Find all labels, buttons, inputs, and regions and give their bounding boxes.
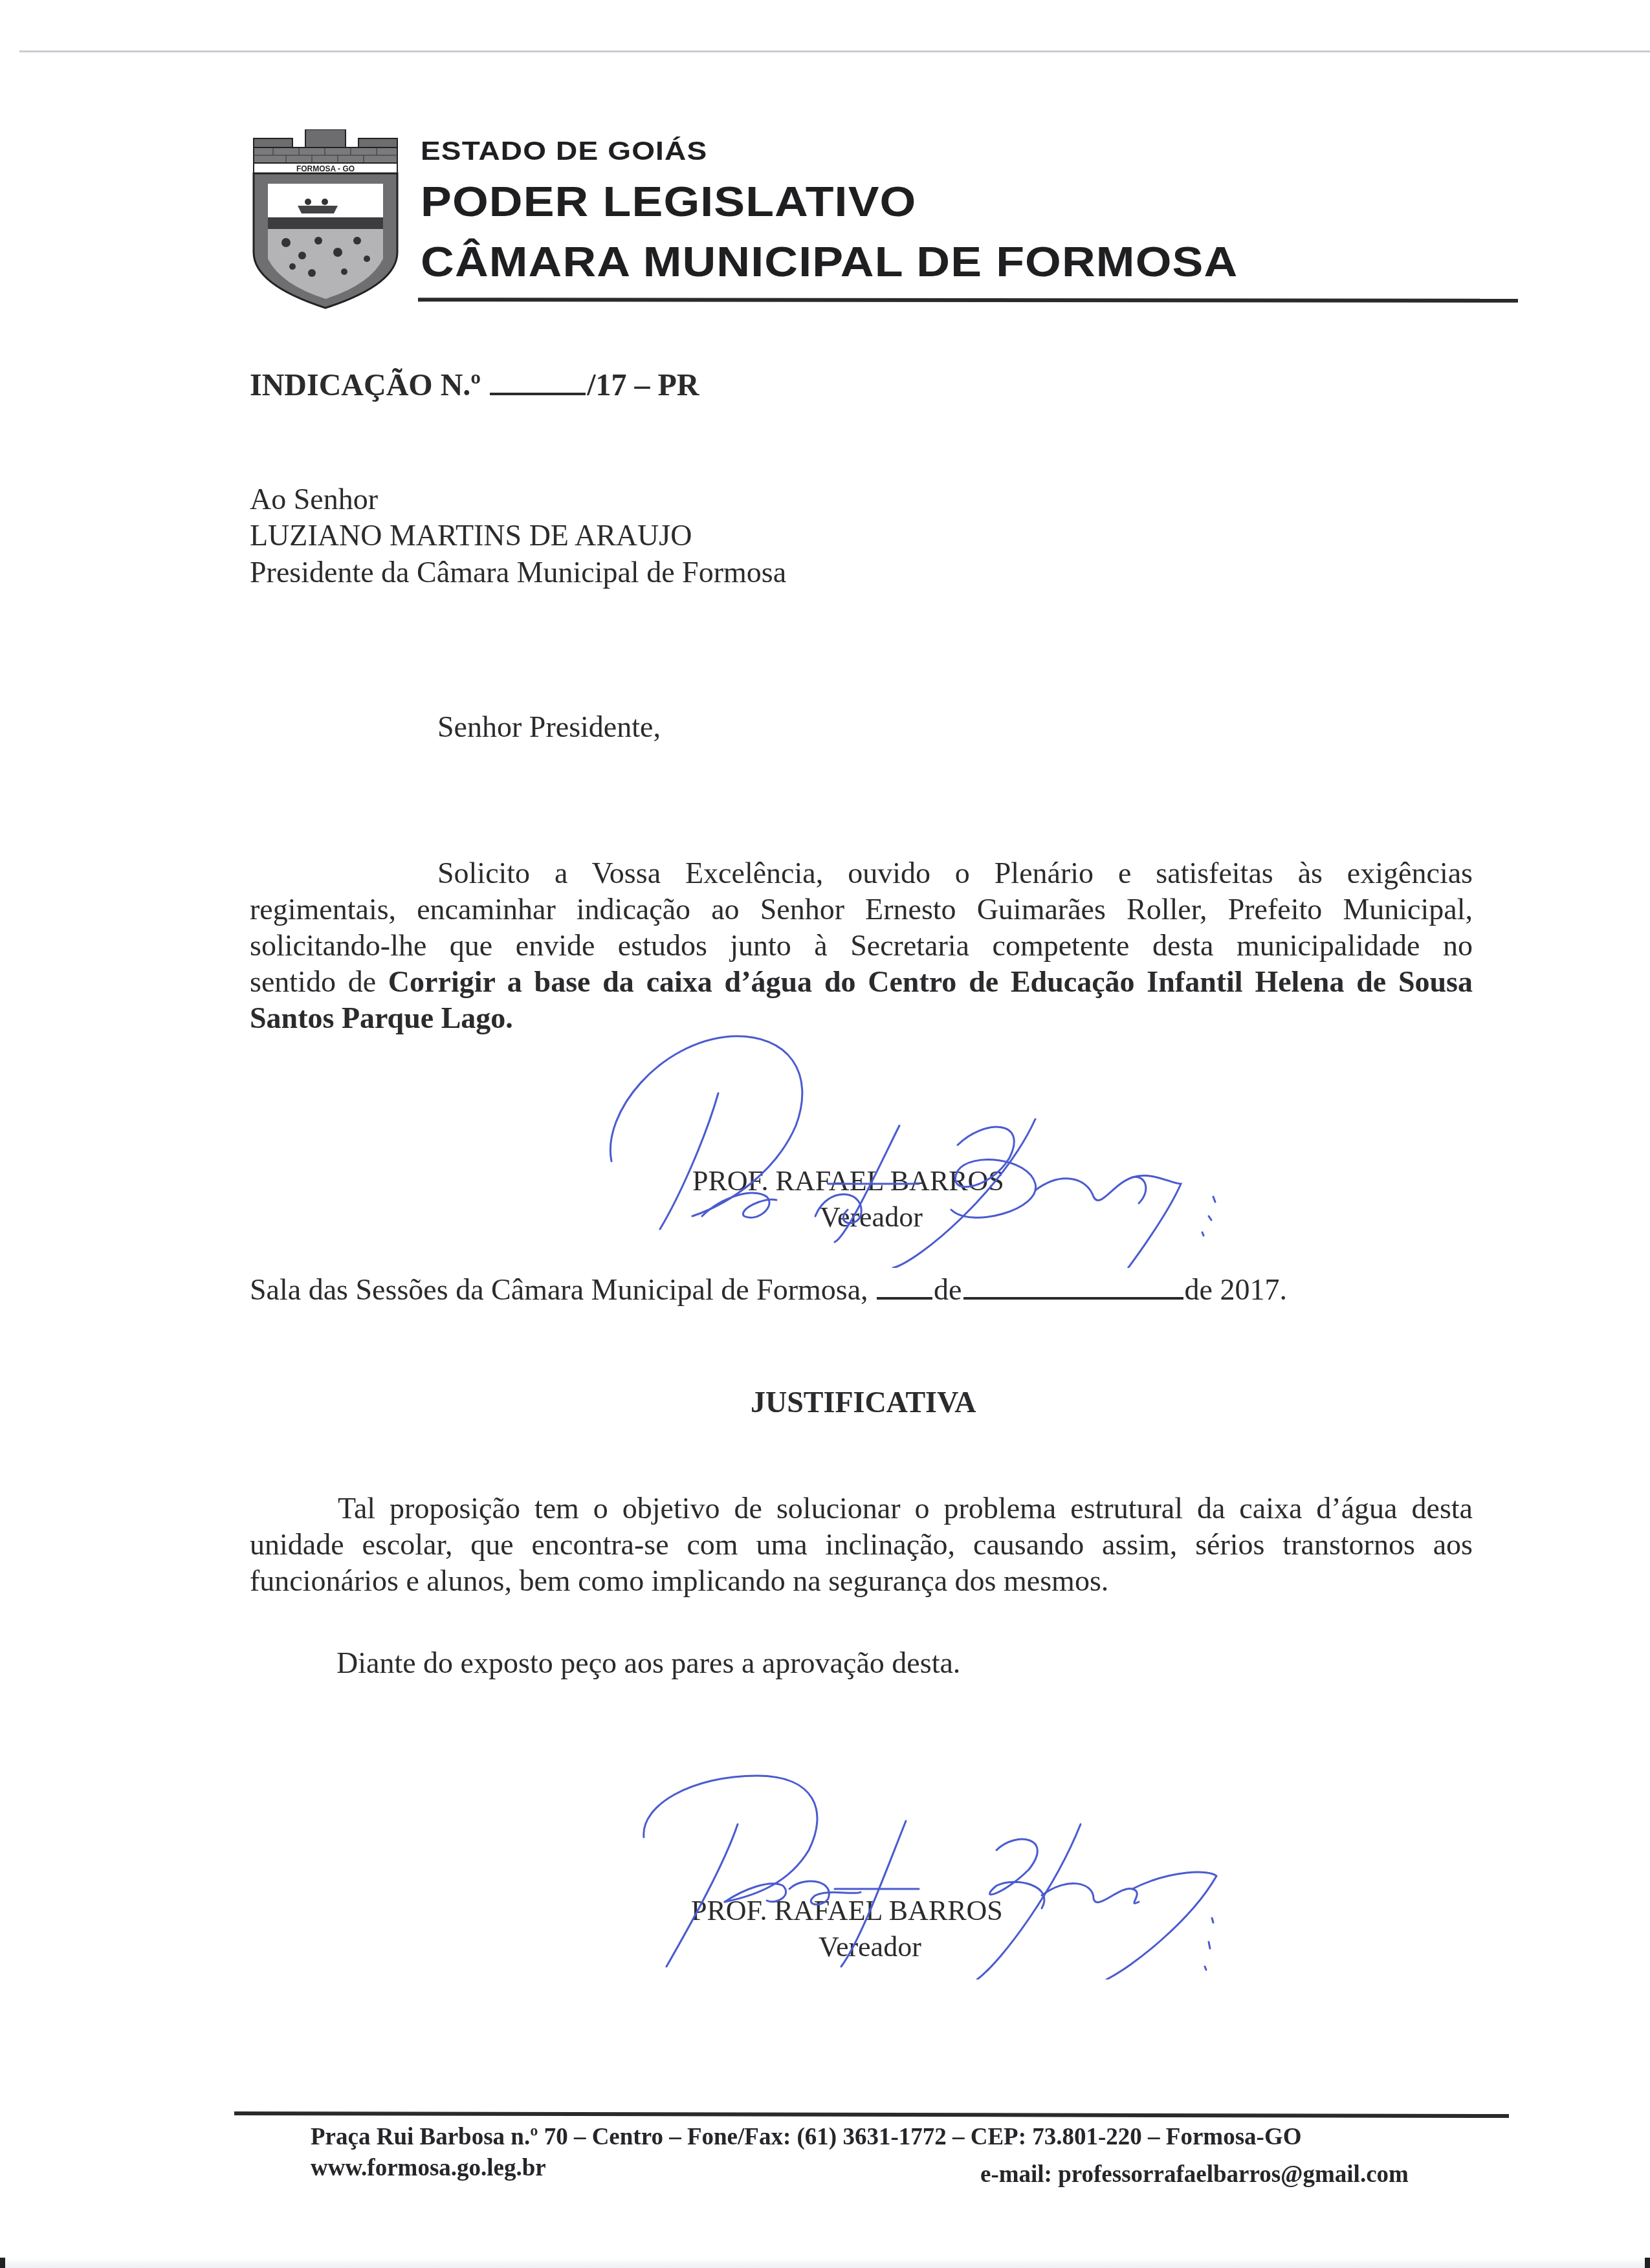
signer-role: Vereador bbox=[819, 1930, 921, 1963]
header-chamber: CÂMARA MUNICIPAL DE FORMOSA bbox=[421, 238, 1238, 286]
greeting: Senhor Presidente, bbox=[437, 709, 661, 745]
scan-edge bbox=[0, 2258, 1650, 2268]
request-paragraph: Solicito a Vossa Excelência, ouvido o Pl… bbox=[250, 855, 1473, 1036]
request-line: Santos Parque Lago. bbox=[250, 1000, 1473, 1036]
request-line: sentido de Corrigir a base da caixa d’ág… bbox=[250, 964, 1473, 1000]
signer-role: Vereador bbox=[820, 1201, 923, 1234]
header-divider bbox=[418, 298, 1518, 302]
justification-paragraph: Tal proposição tem o objetivo de solucio… bbox=[250, 1490, 1473, 1599]
month-blank bbox=[963, 1292, 1183, 1300]
day-blank bbox=[877, 1292, 932, 1300]
handwritten-signature-icon bbox=[615, 1772, 1262, 1979]
signer-name: PROF. RAFAEL BARROS bbox=[692, 1164, 1004, 1197]
justification-line: unidade escolar, que encontra-se com uma… bbox=[250, 1527, 1473, 1563]
recipient-salutation: Ao Senhor bbox=[250, 481, 378, 518]
session-date-line: Sala das Sessões da Câmara Municipal de … bbox=[250, 1272, 1287, 1308]
document-title: INDICAÇÃO N.º /17 – PR bbox=[250, 367, 699, 404]
request-line: regimentais, encaminhar indicação ao Sen… bbox=[250, 891, 1473, 928]
justification-line: Tal proposição tem o objetivo de solucio… bbox=[250, 1490, 1473, 1527]
header-branch: PODER LEGISLATIVO bbox=[421, 178, 916, 226]
footer-divider bbox=[234, 2111, 1509, 2118]
header-state: ESTADO DE GOIÁS bbox=[421, 137, 707, 166]
recipient-name: LUZIANO MARTINS DE ARAUJO bbox=[250, 518, 692, 554]
closing-line: Diante do exposto peço aos pares a aprov… bbox=[336, 1645, 960, 1681]
coat-of-arms-icon: FORMOSA - GO bbox=[241, 129, 402, 311]
request-line: Solicito a Vossa Excelência, ouvido o Pl… bbox=[250, 855, 1473, 891]
title-suffix: /17 – PR bbox=[587, 368, 699, 402]
justification-line: funcionários e alunos, bem como implican… bbox=[250, 1563, 1473, 1599]
signer-name: PROF. RAFAEL BARROS bbox=[691, 1894, 1003, 1927]
crest-label: FORMOSA - GO bbox=[296, 164, 355, 173]
scan-edge bbox=[19, 50, 1650, 52]
justification-title: JUSTIFICATIVA bbox=[751, 1384, 976, 1421]
footer-website[interactable]: www.formosa.go.leg.br bbox=[311, 2154, 546, 2182]
request-line: solicitando-lhe que envide estudos junto… bbox=[250, 928, 1473, 964]
footer-email[interactable]: e-mail: professorrafaelbarros@gmail.com bbox=[980, 2161, 1409, 2188]
number-blank bbox=[490, 387, 586, 395]
recipient-position: Presidente da Câmara Municipal de Formos… bbox=[250, 554, 786, 591]
title-prefix: INDICAÇÃO N.º bbox=[250, 368, 481, 402]
footer-address: Praça Rui Barbosa n.º 70 – Centro – Fone… bbox=[311, 2123, 1301, 2151]
